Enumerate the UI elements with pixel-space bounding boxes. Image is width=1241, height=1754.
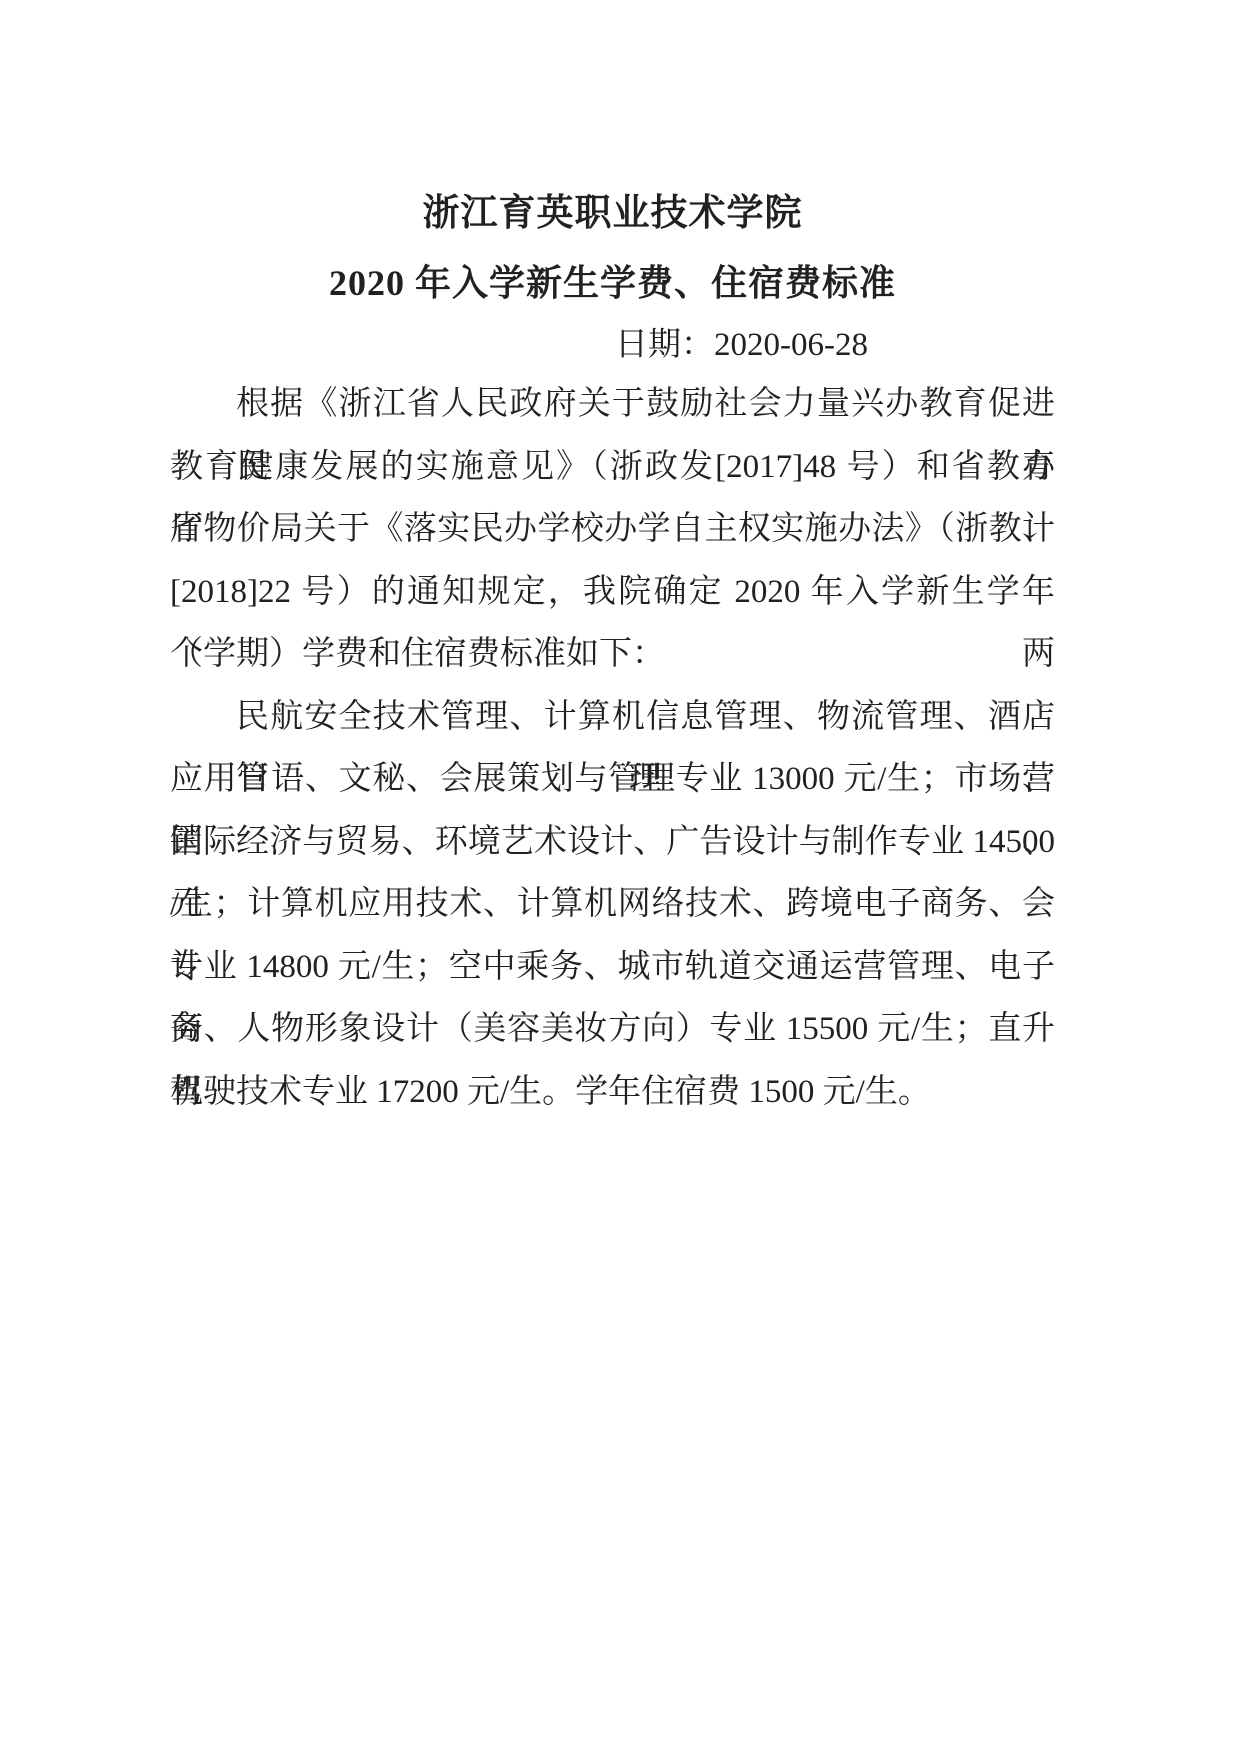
- document-page: 浙江育英职业技术学院 2020 年入学新生学费、住宿费标准 日期：2020-06…: [0, 0, 1241, 1754]
- document-content: 浙江育英职业技术学院 2020 年入学新生学费、住宿费标准 日期：2020-06…: [0, 0, 1241, 1123]
- body-line: 国际经济与贸易、环境艺术设计、广告设计与制作专业 14500 元: [170, 811, 1055, 874]
- body-line: 根据《浙江省人民政府关于鼓励社会力量兴办教育促进民办: [170, 373, 1055, 436]
- body-line: 应用日语、文秘、会展策划与管理专业 13000 元/生；市场营销、: [170, 748, 1055, 811]
- document-date: 日期：2020-06-28: [170, 325, 1055, 365]
- document-subtitle: 2020 年入学新生学费、住宿费标准: [170, 262, 1055, 305]
- paragraph-fee-standards: 民航安全技术管理、计算机信息管理、物流管理、酒店管理、 应用日语、文秘、会展策划…: [170, 686, 1055, 1124]
- body-line: 务、人物形象设计（美容美妆方向）专业 15500 元/生；直升机: [170, 998, 1055, 1061]
- document-title: 浙江育英职业技术学院: [170, 192, 1055, 236]
- body-line: 民航安全技术管理、计算机信息管理、物流管理、酒店管理、: [170, 686, 1055, 749]
- body-line: 省物价局关于《落实民办学校办学自主权实施办法》（浙教计: [170, 498, 1055, 561]
- paragraph-basis: 根据《浙江省人民政府关于鼓励社会力量兴办教育促进民办 教育健康发展的实施意见》（…: [170, 373, 1055, 686]
- body-line: 驾驶技术专业 17200 元/生。学年住宿费 1500 元/生。: [170, 1061, 1055, 1124]
- document-body: 根据《浙江省人民政府关于鼓励社会力量兴办教育促进民办 教育健康发展的实施意见》（…: [170, 373, 1055, 1123]
- body-line: 专业 14800 元/生；空中乘务、城市轨道交通运营管理、电子商: [170, 936, 1055, 999]
- body-line: 教育健康发展的实施意见》（浙政发[2017]48 号）和省教育厅、: [170, 436, 1055, 499]
- body-line: /生；计算机应用技术、计算机网络技术、跨境电子商务、会计: [170, 873, 1055, 936]
- body-line: [2018]22 号）的通知规定，我院确定 2020 年入学新生学年（两: [170, 561, 1055, 624]
